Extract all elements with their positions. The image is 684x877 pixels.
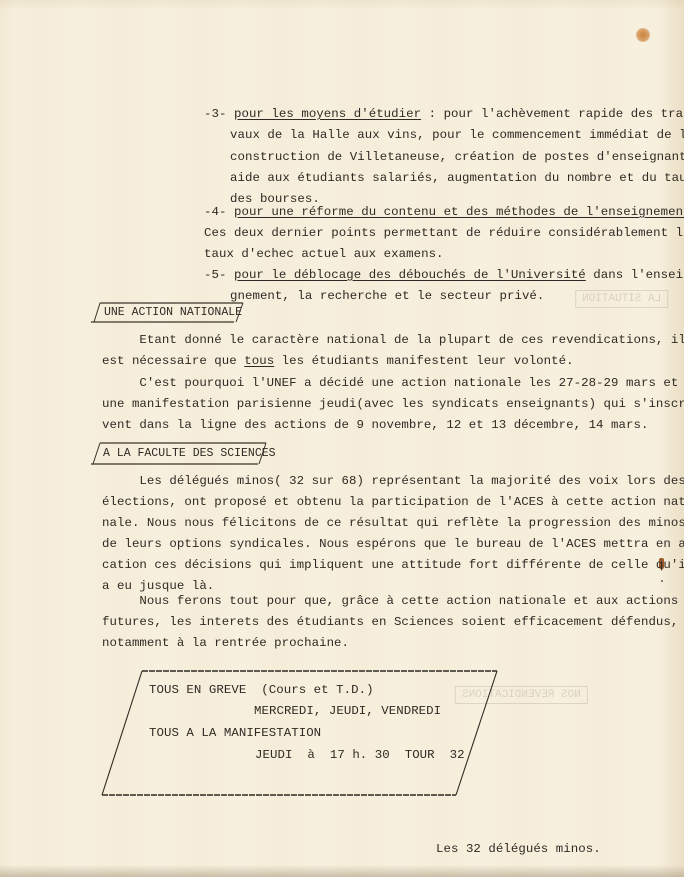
section-heading-sciences: A LA FACULTE DES SCIENCES (90, 442, 270, 462)
point-title: pour les moyens d'étudier (234, 107, 421, 121)
signature: Les 32 délégués minos. (436, 842, 601, 856)
section-heading-national: UNE ACTION NATIONALE (90, 302, 246, 322)
strike-call: TOUS EN GREVE (Cours et T.D.) (149, 683, 374, 697)
demo-time: JEUDI à 17 h. 30 TOUR 32 (255, 748, 465, 762)
demo-call: TOUS A LA MANIFESTATION (149, 726, 321, 740)
callout-box: TOUS EN GREVE (Cours et T.D.) MERCREDI, … (100, 668, 500, 798)
bleedthrough-box: LA SITUATION (575, 290, 668, 308)
point-number: -3- (204, 107, 226, 121)
speck (661, 580, 663, 582)
strike-days: MERCREDI, JEUDI, VENDREDI (254, 704, 441, 718)
rust-stain (636, 28, 650, 42)
